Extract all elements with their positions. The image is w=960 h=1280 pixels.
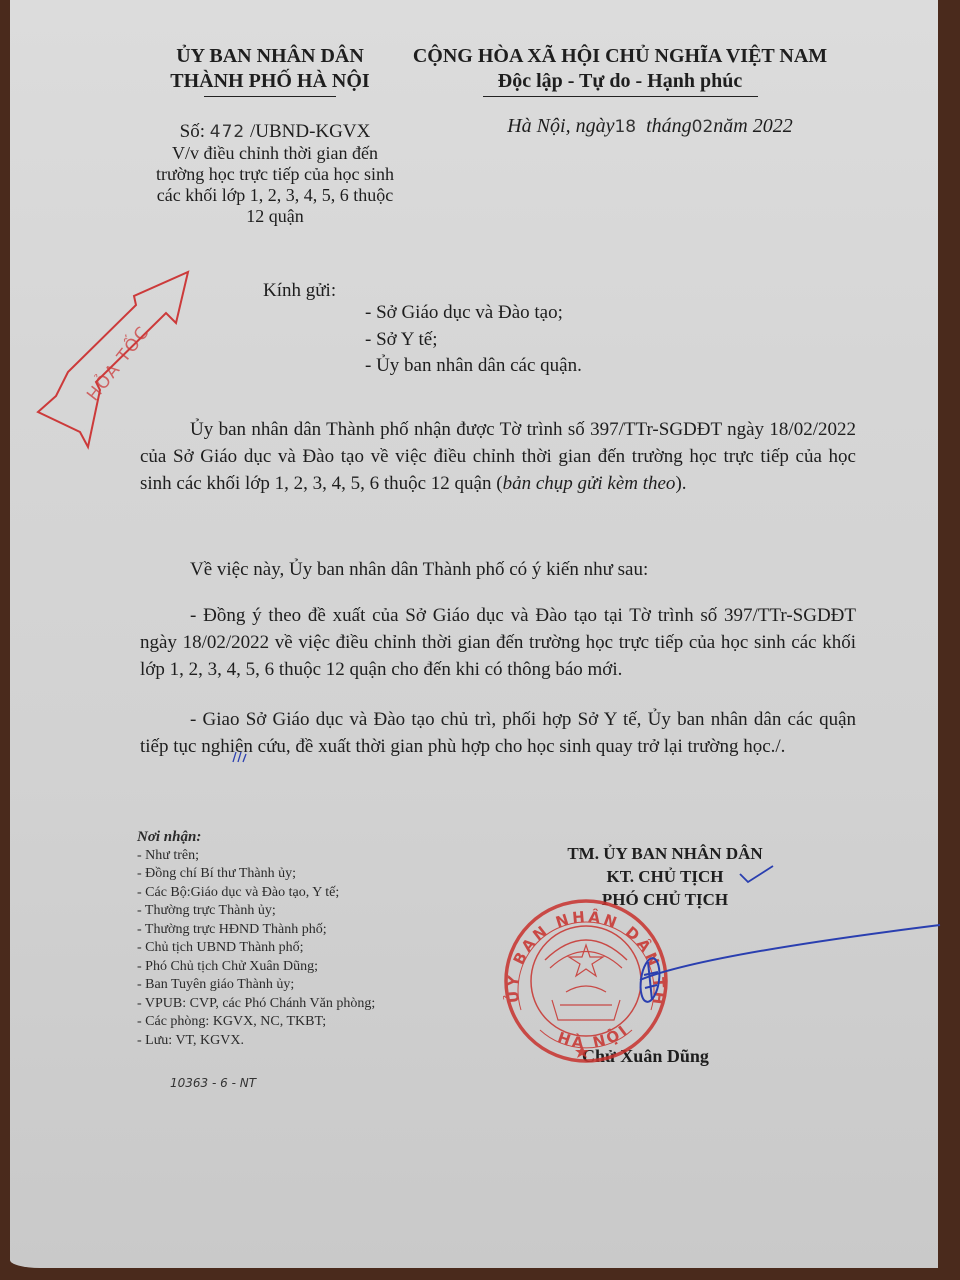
svg-text:HÀ NỘI: HÀ NỘI (555, 1020, 633, 1052)
svg-text:ỦY BAN NHÂN DÂN THÀNH PHỐ: ỦY BAN NHÂN DÂN THÀNH PHỐ (0, 0, 668, 1008)
svg-text:HỎA TỐC: HỎA TỐC (80, 320, 154, 405)
signature-ink-icon (233, 752, 940, 1003)
stamps-overlay: HỎA TỐC ỦY BAN NHÂN DÂN THÀNH PHỐ HÀ NỘI (0, 0, 960, 1280)
urgent-arrow-stamp-icon: HỎA TỐC (38, 272, 188, 447)
official-seal-icon: ỦY BAN NHÂN DÂN THÀNH PHỐ HÀ NỘI (0, 0, 668, 1061)
